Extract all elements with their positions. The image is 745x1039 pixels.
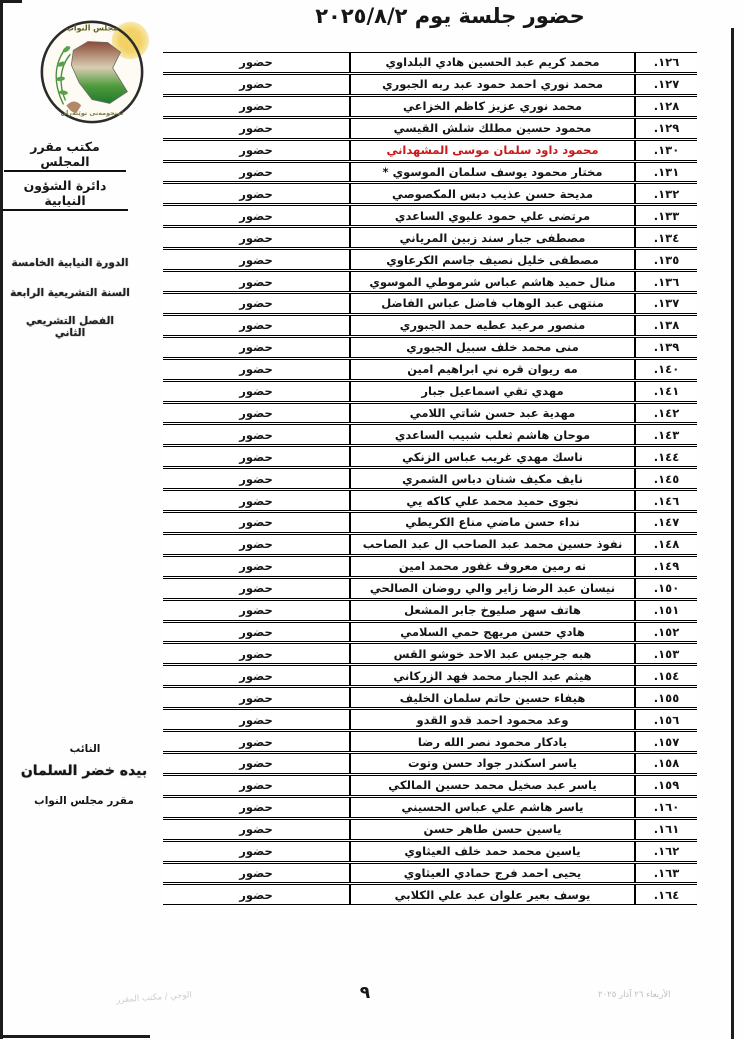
table-row: حضورمنى محمد خلف سبيل الجبوري١٣٩. [163,337,697,358]
attendance-status-cell: حضور [163,731,350,752]
member-name-cell: هيفاء حسين حاتم سلمان الخليف [350,687,635,708]
attendance-status-cell: حضور [163,52,350,73]
row-number-cell: ١٤٣. [635,424,697,445]
scan-border-bottom-left [0,1035,150,1038]
attendance-status-cell: حضور [163,534,350,555]
attendance-status-cell: حضور [163,884,350,905]
table-row: حضوريوسف بعير علوان عبد علي الكلابي١٦٤. [163,884,697,905]
row-number-cell: ١٦٢. [635,841,697,862]
attendance-status-cell: حضور [163,709,350,730]
table-row: حضورمحمد نوري احمد حمود عبد ربه الجبوري١… [163,74,697,95]
table-row: حضورياسين حسن طاهر حسن١٦١. [163,819,697,840]
table-row: حضورموحان هاشم ثعلب شبيب الساعدي١٤٣. [163,424,697,445]
member-name-cell: مرتضى علي حمود عليوي الساعدي [350,205,635,226]
table-row: حضورمنتهى عبد الوهاب فاضل عباس الفاضل١٣٧… [163,293,697,314]
row-number-cell: ١٤٤. [635,446,697,467]
table-row: حضورهادي حسن مريهج حمي السلامي١٥٢. [163,622,697,643]
row-number-cell: ١٥٤. [635,665,697,686]
table-row: حضورمصطفى جبار سند زبين المرياني١٣٤. [163,227,697,248]
attendance-status-cell: حضور [163,118,350,139]
member-name-cell: مهدية عبد حسن شاتي اللامي [350,403,635,424]
table-row: حضورمصطفى خليل نصيف جاسم الكرعاوي١٣٥. [163,249,697,270]
table-row: حضورياسين محمد حمد خلف العيثاوي١٦٢. [163,841,697,862]
attendance-status-cell: حضور [163,183,350,204]
row-number-cell: ١٦٠. [635,797,697,818]
row-number-cell: ١٣٨. [635,315,697,336]
attendance-status-cell: حضور [163,556,350,577]
member-name-cell: يادكار محمود نصر الله رضا [350,731,635,752]
member-name-cell: منصور مرعيد عطيه حمد الجبوري [350,315,635,336]
member-name-cell: نيسان عبد الرضا زاير والي روضان الصالحي [350,578,635,599]
member-name-cell: مه ريوان قره ني ابراهيم امين [350,359,635,380]
row-number-cell: ١٣٩. [635,337,697,358]
row-number-cell: ١٣٣. [635,205,697,226]
row-number-cell: ١٤٠. [635,359,697,380]
row-number-cell: ١٤٨. [635,534,697,555]
legislative-chapter-label: الفصل التشريعي الثاني [10,315,130,339]
row-number-cell: ١٢٨. [635,96,697,117]
logo-bottom-text: ئەنجومەنی نوێنەران [61,109,124,117]
attendance-status-cell: حضور [163,468,350,489]
attendance-status-cell: حضور [163,227,350,248]
table-row: حضوريادكار محمود نصر الله رضا١٥٧. [163,731,697,752]
table-row: حضورياسر هاشم علي عباس الحسيني١٦٠. [163,797,697,818]
attendance-status-cell: حضور [163,315,350,336]
table-row: حضورمنال حميد هاشم عباس شرموطي الموسوي١٣… [163,271,697,292]
member-name-cell: ياسر اسكندر جواد حسن وتوت [350,753,635,774]
table-row: حضورناسك مهدي غريب عباس الزنكي١٤٤. [163,446,697,467]
row-number-cell: ١٣٢. [635,183,697,204]
footer-note: الوجي / مكتب المقرر [82,990,192,1008]
footer-date-stamp: الأربعاء ٢٦ آذار ٢٠٢٥ [598,990,718,1000]
member-name-cell: محمد نوري احمد حمود عبد ربه الجبوري [350,74,635,95]
attendance-status-cell: حضور [163,643,350,664]
row-number-cell: ١٤٥. [635,468,697,489]
attendance-status-cell: حضور [163,337,350,358]
attendance-status-cell: حضور [163,819,350,840]
session-term-label: الدورة النيابية الخامسة [10,257,130,269]
row-number-cell: ١٤٢. [635,403,697,424]
member-name-cell: مديحة حسن عذيب دبس المكصوصي [350,183,635,204]
attendance-status-cell: حضور [163,96,350,117]
member-name-cell: نداء حسن ماضي مناع الكريطي [350,512,635,533]
legislative-year-label: السنة التشريعية الرابعة [10,287,130,299]
row-number-cell: ١٥٦. [635,709,697,730]
member-name-cell: ياسين حسن طاهر حسن [350,819,635,840]
scan-border-right [731,28,734,1039]
table-row: حضورمديحة حسن عذيب دبس المكصوصي١٣٢. [163,183,697,204]
attendance-status-cell: حضور [163,512,350,533]
row-number-cell: ١٥٨. [635,753,697,774]
table-row: حضورمهدية عبد حسن شاتي اللامي١٤٢. [163,403,697,424]
member-name-cell: نجوى حميد محمد علي كاكه يي [350,490,635,511]
member-name-cell: منى محمد خلف سبيل الجبوري [350,337,635,358]
member-name-cell: ياسر عبد صخيل محمد حسين المالكي [350,775,635,796]
table-row: حضورهبه جرجيس عبد الاحد خوشو القس١٥٣. [163,643,697,664]
member-name-cell: منال حميد هاشم عباس شرموطي الموسوي [350,271,635,292]
row-number-cell: ١٦٣. [635,863,697,884]
row-number-cell: ١٥٥. [635,687,697,708]
logo-top-text: مجلس النواب [66,24,118,34]
row-number-cell: ١٤٩. [635,556,697,577]
attendance-status-cell: حضور [163,424,350,445]
attendance-status-cell: حضور [163,359,350,380]
attendance-status-cell: حضور [163,753,350,774]
member-name-cell: نه رمين معروف غفور محمد امين [350,556,635,577]
attendance-status-cell: حضور [163,293,350,314]
row-number-cell: ١٢٦. [635,52,697,73]
member-name-cell: ياسين محمد حمد خلف العيثاوي [350,841,635,862]
member-name-cell: مختار محمود يوسف سلمان الموسوي * [350,162,635,183]
member-name-cell: محمود حسين مطلك شلش القيسي [350,118,635,139]
table-row: حضورنيسان عبد الرضا زاير والي روضان الصا… [163,578,697,599]
row-number-cell: ١٤١. [635,381,697,402]
attendance-status-cell: حضور [163,381,350,402]
row-number-cell: ١٦٤. [635,884,697,905]
table-row: حضورمنصور مرعيد عطيه حمد الجبوري١٣٨. [163,315,697,336]
table-row: حضورياسر عبد صخيل محمد حسين المالكي١٥٩. [163,775,697,796]
attendance-status-cell: حضور [163,600,350,621]
member-name-cell: هيثم عبد الجبار محمد فهد الزركاني [350,665,635,686]
attendance-status-cell: حضور [163,490,350,511]
attendance-status-cell: حضور [163,841,350,862]
table-row: حضورمرتضى علي حمود عليوي الساعدي١٣٣. [163,205,697,226]
table-row: حضورمه ريوان قره ني ابراهيم امين١٤٠. [163,359,697,380]
row-number-cell: ١٤٧. [635,512,697,533]
page-title: حضور جلسة يوم ٢٠٢٥/٨/٢ [240,4,660,28]
table-row: حضورهيفاء حسين حاتم سلمان الخليف١٥٥. [163,687,697,708]
table-row: حضورمحمود حسين مطلك شلش القيسي١٢٩. [163,118,697,139]
row-number-cell: ١٣١. [635,162,697,183]
table-row: حضورمحمد كريم عبد الحسين هادي البلداوي١٢… [163,52,697,73]
member-name-cell: محمد نوري عزيز كاظم الخزاعي [350,96,635,117]
row-number-cell: ١٣٤. [635,227,697,248]
member-name-cell: منتهى عبد الوهاب فاضل عباس الفاضل [350,293,635,314]
attendance-status-cell: حضور [163,775,350,796]
table-row: حضورياسر اسكندر جواد حسن وتوت١٥٨. [163,753,697,774]
member-name-cell: نفوذ حسين محمد عبد الصاحب ال عبد الصاحب [350,534,635,555]
table-row: حضوريحيى احمد فرج حمادي العيثاوي١٦٣. [163,863,697,884]
attendance-status-cell: حضور [163,140,350,161]
attendance-status-cell: حضور [163,665,350,686]
attendance-table: حضورمحمد كريم عبد الحسين هادي البلداوي١٢… [163,52,697,906]
office-label: مكتب مقرر المجلس [4,139,126,172]
signature-title: النائب [30,743,140,755]
row-number-cell: ١٥٢. [635,622,697,643]
member-name-cell: هاتف سهر صليوخ جابر المشعل [350,600,635,621]
member-name-cell: هبه جرجيس عبد الاحد خوشو القس [350,643,635,664]
attendance-status-cell: حضور [163,249,350,270]
member-name-cell: مهدي تقي اسماعيل جبار [350,381,635,402]
table-row: حضورنجوى حميد محمد علي كاكه يي١٤٦. [163,490,697,511]
attendance-status-cell: حضور [163,578,350,599]
member-name-cell: ياسر هاشم علي عباس الحسيني [350,797,635,818]
department-label: دائرة الشؤون النيابية [2,178,128,211]
attendance-status-cell: حضور [163,271,350,292]
row-number-cell: ١٥١. [635,600,697,621]
attendance-status-cell: حضور [163,687,350,708]
attendance-status-cell: حضور [163,797,350,818]
row-number-cell: ١٣٥. [635,249,697,270]
row-number-cell: ١٢٩. [635,118,697,139]
table-row: حضورنداء حسن ماضي مناع الكريطي١٤٧. [163,512,697,533]
attendance-status-cell: حضور [163,403,350,424]
member-name-cell: محمود داود سلمان موسى المشهداني [350,140,635,161]
member-name-cell: يوسف بعير علوان عبد علي الكلابي [350,884,635,905]
table-row: حضورهاتف سهر صليوخ جابر المشعل١٥١. [163,600,697,621]
table-row: حضورهيثم عبد الجبار محمد فهد الزركاني١٥٤… [163,665,697,686]
row-number-cell: ١٣٦. [635,271,697,292]
row-number-cell: ١٥٩. [635,775,697,796]
table-row: حضورمختار محمود يوسف سلمان الموسوي *١٣١. [163,162,697,183]
scan-border-top-left [0,0,22,3]
member-name-cell: مصطفى جبار سند زبين المرياني [350,227,635,248]
member-name-cell: هادي حسن مريهج حمي السلامي [350,622,635,643]
member-name-cell: يحيى احمد فرج حمادي العيثاوي [350,863,635,884]
signature-name: بيده خضر السلمان [14,763,154,779]
row-number-cell: ١٣٠. [635,140,697,161]
attendance-status-cell: حضور [163,74,350,95]
attendance-status-cell: حضور [163,863,350,884]
table-row: حضورمحمود داود سلمان موسى المشهداني١٣٠. [163,140,697,161]
member-name-cell: نايف مكيف شنان دباس الشمري [350,468,635,489]
table-row: حضورنه رمين معروف غفور محمد امين١٤٩. [163,556,697,577]
attendance-status-cell: حضور [163,205,350,226]
attendance-status-cell: حضور [163,446,350,467]
row-number-cell: ١٣٧. [635,293,697,314]
scan-border-left [0,0,3,1039]
attendance-status-cell: حضور [163,622,350,643]
parliament-logo: مجلس النواب ئەنجومەنی نوێنەران [33,10,151,128]
signature-role: مقرر مجلس النواب [20,795,148,807]
member-name-cell: مصطفى خليل نصيف جاسم الكرعاوي [350,249,635,270]
table-row: حضوروعد محمود احمد قدو القدو١٥٦. [163,709,697,730]
row-number-cell: ١٦١. [635,819,697,840]
row-number-cell: ١٥٧. [635,731,697,752]
table-row: حضورمهدي تقي اسماعيل جبار١٤١. [163,381,697,402]
row-number-cell: ١٤٦. [635,490,697,511]
attendance-status-cell: حضور [163,162,350,183]
table-row: حضورنفوذ حسين محمد عبد الصاحب ال عبد الص… [163,534,697,555]
member-name-cell: وعد محمود احمد قدو القدو [350,709,635,730]
member-name-cell: محمد كريم عبد الحسين هادي البلداوي [350,52,635,73]
member-name-cell: ناسك مهدي غريب عباس الزنكي [350,446,635,467]
row-number-cell: ١٥٣. [635,643,697,664]
row-number-cell: ١٥٠. [635,578,697,599]
table-row: حضورمحمد نوري عزيز كاظم الخزاعي١٢٨. [163,96,697,117]
member-name-cell: موحان هاشم ثعلب شبيب الساعدي [350,424,635,445]
row-number-cell: ١٢٧. [635,74,697,95]
table-row: حضورنايف مكيف شنان دباس الشمري١٤٥. [163,468,697,489]
page-number: ٩ [345,983,385,1003]
